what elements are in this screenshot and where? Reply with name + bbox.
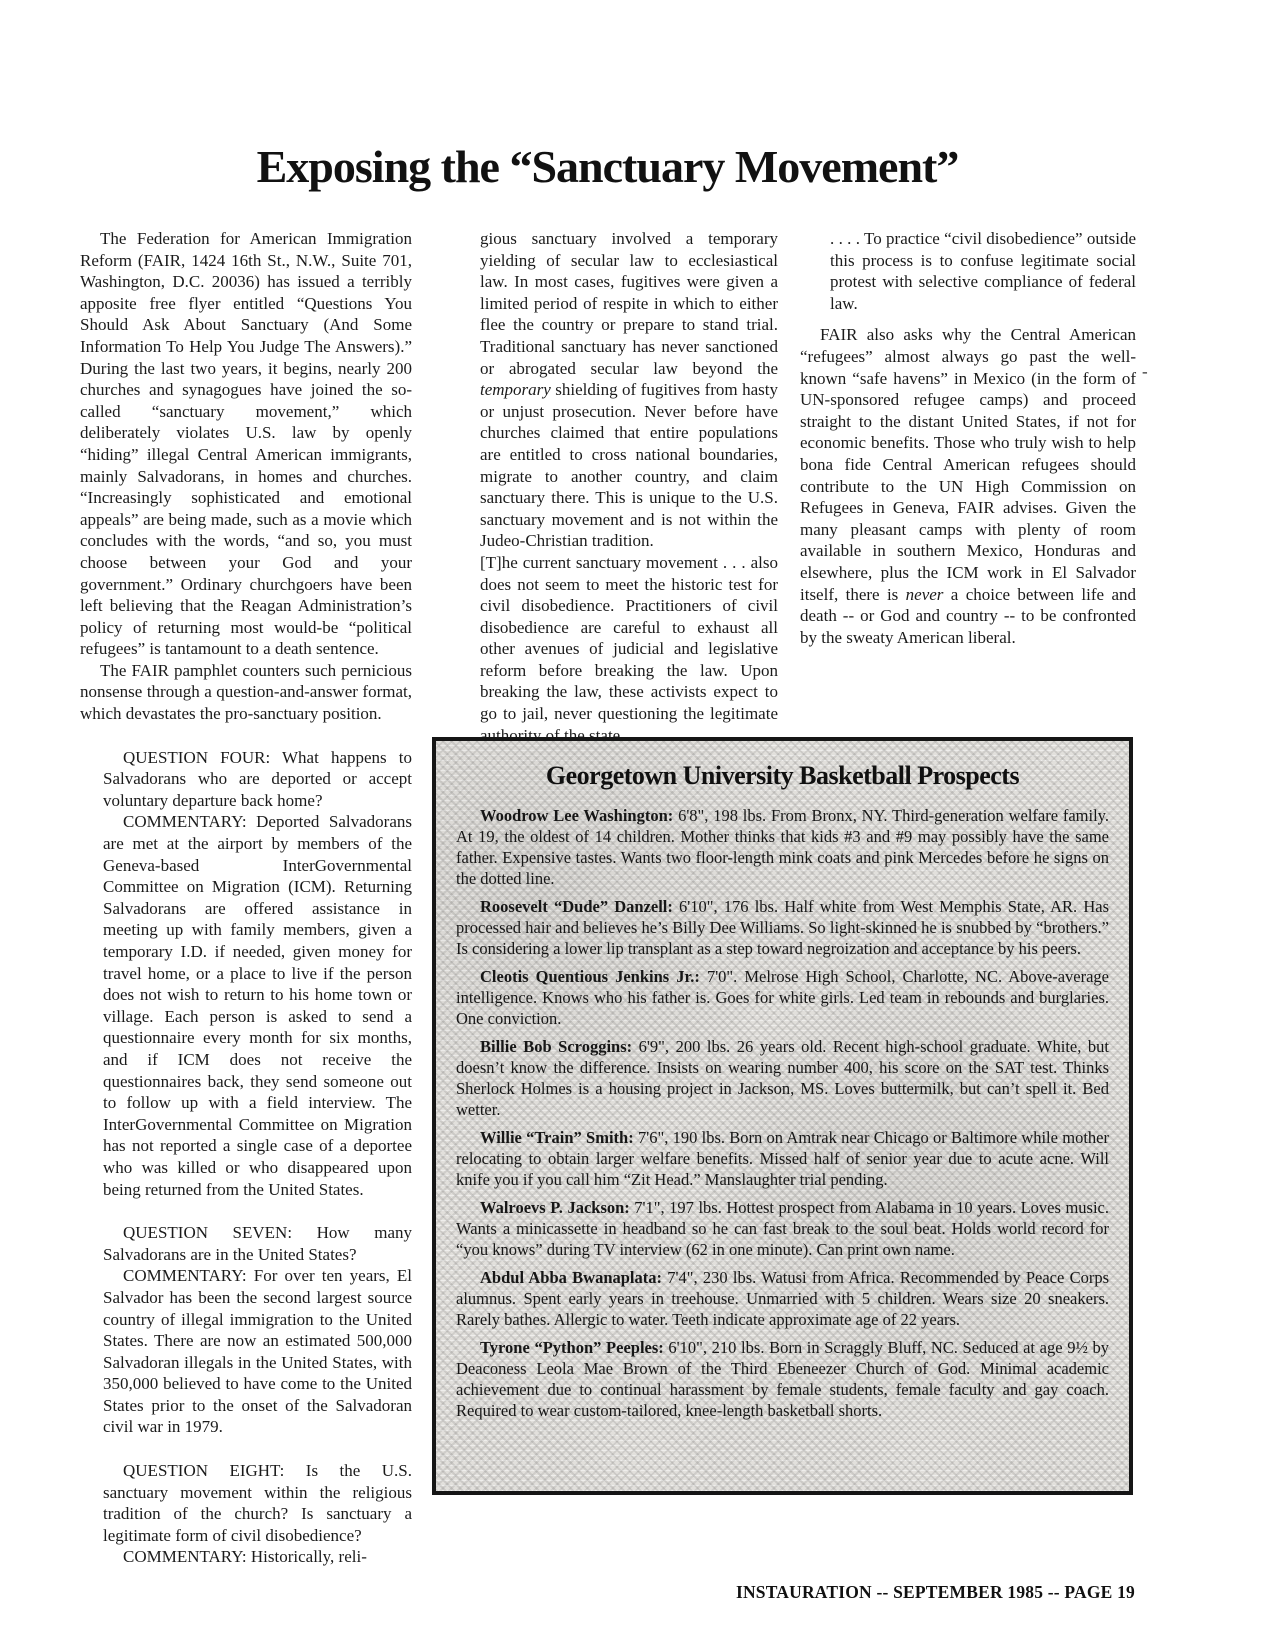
question-seven: QUESTION SEVEN: How many Salvadorans are…: [103, 1222, 412, 1265]
column-2: gious sanctuary involved a temporary yie…: [480, 228, 778, 746]
column-1: The Federation for American Immigration …: [80, 228, 412, 1568]
prospect-entry-peeples: Tyrone “Python” Peeples: 6'10", 210 lbs.…: [456, 1337, 1109, 1421]
column-3: . . . . To practice “civil disobedience”…: [800, 228, 1136, 648]
commentary-four: COMMENTARY: Deported Salvadorans are met…: [103, 811, 412, 1200]
pamphlet-quote-block-1: QUESTION FOUR: What happens to Salvadora…: [103, 747, 412, 1568]
question-eight: QUESTION EIGHT: Is the U.S. sanctuary mo…: [103, 1460, 412, 1546]
spacer: [800, 314, 1136, 324]
prospect-name: Willie “Train” Smith:: [480, 1128, 634, 1147]
prospect-name: Billie Bob Scroggins:: [480, 1037, 632, 1056]
text-run: gious sanctuary involved a temporary yie…: [480, 229, 778, 378]
civil-disobedience-paragraph: [T]he current sanctuary movement . . . a…: [480, 552, 778, 746]
fair-pamphlet-paragraph: The FAIR pamphlet counters such pernicio…: [80, 660, 412, 725]
spacer: [103, 1438, 412, 1460]
text-run: FAIR also asks why the Central American …: [800, 325, 1136, 603]
prospect-name: Woodrow Lee Washington:: [480, 806, 673, 825]
prospect-entry-washington: Woodrow Lee Washington: 6'8", 198 lbs. F…: [456, 805, 1109, 889]
prospect-name: Roosevelt “Dude” Danzell:: [480, 897, 673, 916]
italic-run: never: [906, 585, 944, 604]
question-four: QUESTION FOUR: What happens to Salvadora…: [103, 747, 412, 812]
spacer: [103, 1200, 412, 1222]
italic-run: temporary: [480, 380, 551, 399]
basketball-prospects-box: Georgetown University Basketball Prospec…: [432, 737, 1133, 1495]
page-footer: INSTAURATION -- SEPTEMBER 1985 -- PAGE 1…: [435, 1582, 1135, 1603]
spacer: [80, 725, 412, 747]
prospect-entry-jenkins: Cleotis Quentious Jenkins Jr.: 7'0". Mel…: [456, 966, 1109, 1029]
article-title: Exposing the “Sanctuary Movement”: [70, 140, 1145, 193]
prospect-name: Abdul Abba Bwanaplata:: [480, 1268, 662, 1287]
magazine-page: Exposing the “Sanctuary Movement” The Fe…: [0, 0, 1275, 1650]
prospect-entry-jackson: Walroevs P. Jackson: 7'1", 197 lbs. Hott…: [456, 1197, 1109, 1260]
fair-asks-paragraph: FAIR also asks why the Central American …: [800, 324, 1136, 648]
prospect-name: Tyrone “Python” Peeples:: [480, 1338, 664, 1357]
feature-box-title: Georgetown University Basketball Prospec…: [456, 761, 1109, 791]
commentary-eight-start: COMMENTARY: Historically, reli-: [103, 1546, 412, 1568]
prospect-entry-scroggins: Billie Bob Scroggins: 6'9", 200 lbs. 26 …: [456, 1036, 1109, 1120]
prospect-entry-danzell: Roosevelt “Dude” Danzell: 6'10", 176 lbs…: [456, 896, 1109, 959]
prospect-entry-smith: Willie “Train” Smith: 7'6", 190 lbs. Bor…: [456, 1127, 1109, 1190]
prospect-entry-bwanaplata: Abdul Abba Bwanaplata: 7'4", 230 lbs. Wa…: [456, 1267, 1109, 1330]
intro-paragraph: The Federation for American Immigration …: [80, 228, 412, 660]
stray-mark: -: [1142, 362, 1148, 382]
pamphlet-quote-block-2: . . . . To practice “civil disobedience”…: [830, 228, 1136, 314]
prospect-name: Walroevs P. Jackson:: [480, 1198, 630, 1217]
commentary-eight-continued: gious sanctuary involved a temporary yie…: [480, 228, 778, 552]
text-run: shielding of fugitives from hasty or unj…: [480, 380, 778, 550]
prospect-name: Cleotis Quentious Jenkins Jr.:: [480, 967, 700, 986]
commentary-seven: COMMENTARY: For over ten years, El Salva…: [103, 1265, 412, 1438]
civil-disobedience-conclusion: . . . . To practice “civil disobedience”…: [830, 228, 1136, 314]
